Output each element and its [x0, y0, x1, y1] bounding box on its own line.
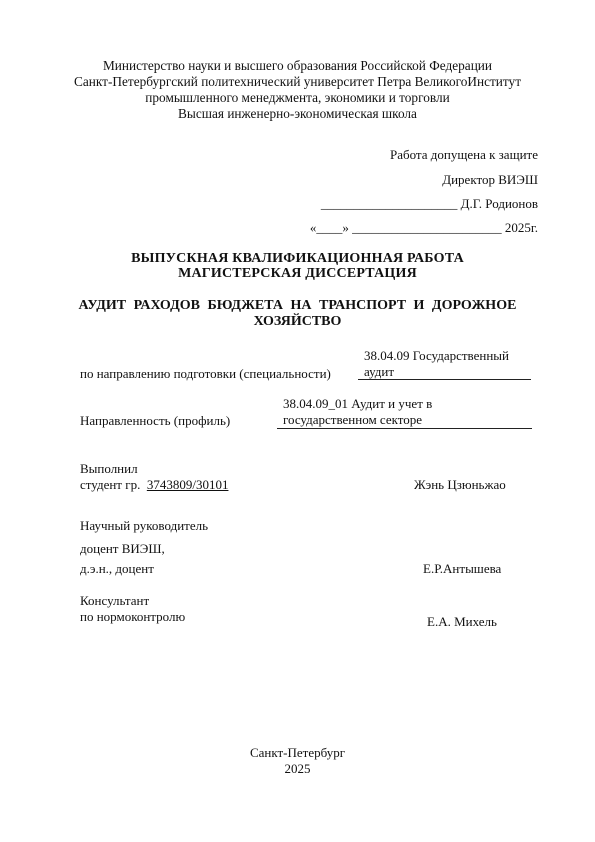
approval-date-line: «____» _______________________ 2025г.: [310, 220, 538, 236]
profile-label: Направленность (профиль): [80, 413, 230, 429]
supervisor-label: Научный руководитель: [80, 518, 208, 534]
topic-line-1: АУДИТ РАХОДОВ БЮДЖЕТА НА ТРАНСПОРТ И ДОР…: [0, 298, 595, 314]
year: 2025: [0, 761, 595, 777]
profile-value-line-2: государственном секторе: [283, 412, 422, 428]
student-group-label: студент гр.: [80, 477, 140, 492]
date-month-blank: _______________________: [352, 220, 502, 235]
date-close-quote: »: [342, 220, 349, 235]
direction-value-line-1: 38.04.09 Государственный: [364, 348, 509, 364]
date-day-blank: ____: [316, 220, 342, 235]
supervisor-position: доцент ВИЭШ,: [80, 541, 165, 557]
admitted-to-defense: Работа допущена к защите: [390, 147, 538, 163]
school-line: Высшая инженерно-экономическая школа: [0, 106, 595, 122]
director-name: Д.Г. Родионов: [461, 196, 538, 211]
ministry-line: Министерство науки и высшего образования…: [0, 58, 595, 74]
work-type: ВЫПУСКНАЯ КВАЛИФИКАЦИОННАЯ РАБОТА: [0, 251, 595, 267]
consultant-label: Консультант: [80, 593, 149, 609]
date-year: 2025г.: [505, 220, 538, 235]
consultant-role: по нормоконтролю: [80, 609, 185, 625]
signature-blank: _____________________: [321, 196, 458, 211]
profile-value-line-1: 38.04.09_01 Аудит и учет в: [283, 396, 432, 412]
direction-value-line-2: аудит: [364, 364, 394, 380]
city: Санкт-Петербург: [0, 745, 595, 761]
student-group-number: 3743809/30101: [147, 477, 229, 492]
student-group-line: студент гр. 3743809/30101: [80, 477, 228, 493]
supervisor-degree: д.э.н., доцент: [80, 561, 154, 577]
supervisor-name: Е.Р.Антышева: [423, 561, 501, 577]
author-name: Жэнь Цзюньжао: [414, 477, 506, 493]
consultant-name: Е.А. Михель: [427, 614, 497, 630]
author-label: Выполнил: [80, 461, 138, 477]
direction-underline: [358, 379, 531, 380]
degree-type: МАГИСТЕРСКАЯ ДИССЕРТАЦИЯ: [0, 266, 595, 282]
director-position: Директор ВИЭШ: [442, 172, 538, 188]
topic-line-2: ХОЗЯЙСТВО: [0, 314, 595, 330]
institute-line: промышленного менеджмента, экономики и т…: [0, 90, 595, 106]
direction-label: по направлению подготовки (специальности…: [80, 366, 331, 382]
director-signature-line: _____________________ Д.Г. Родионов: [321, 196, 538, 212]
university-line: Санкт-Петербургский политехнический унив…: [0, 74, 595, 90]
profile-underline: [277, 428, 532, 429]
